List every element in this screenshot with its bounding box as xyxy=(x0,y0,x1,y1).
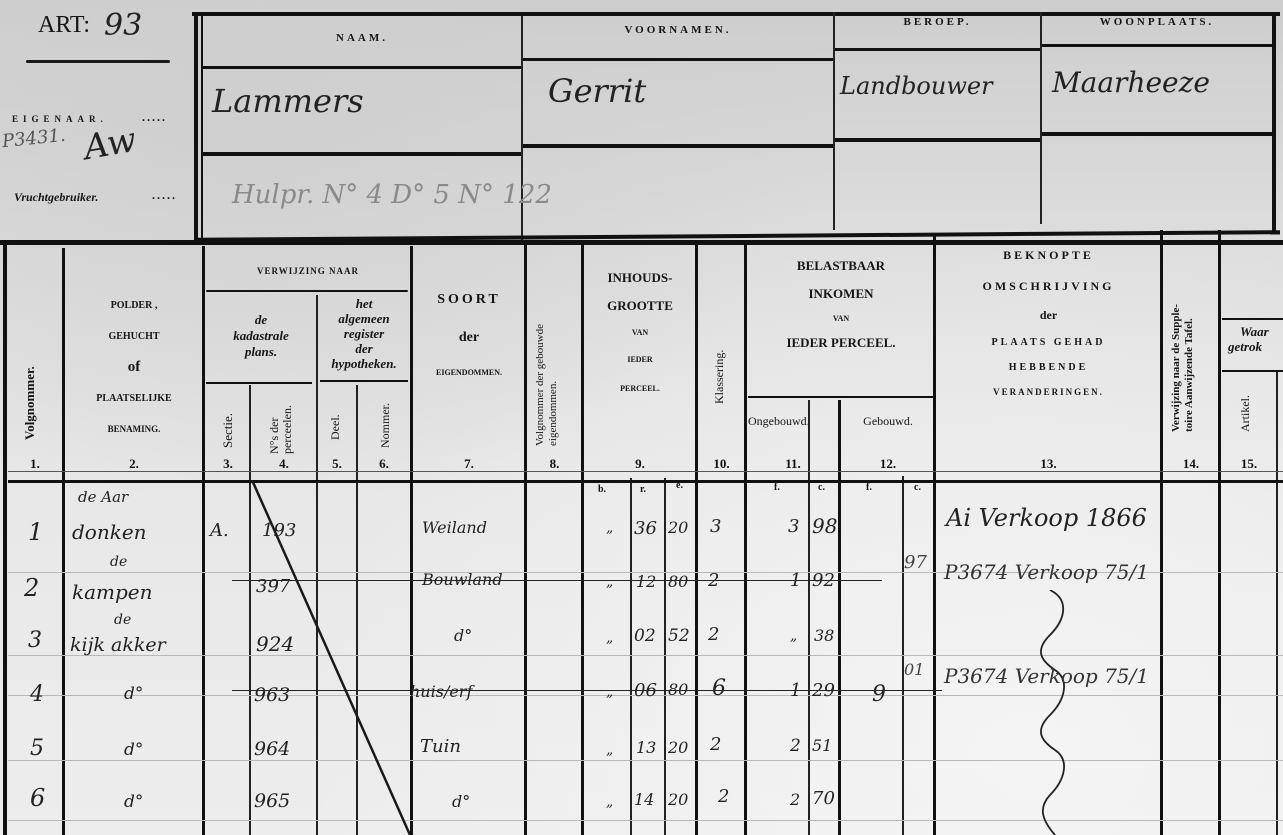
row5-soort: Tuin xyxy=(420,736,461,757)
row2-plaats-top: de xyxy=(110,554,127,570)
row6-plaats: d° xyxy=(124,792,143,812)
col2-line: GEHUCHT xyxy=(66,321,202,352)
divider xyxy=(835,48,1040,51)
row3-r: 02 xyxy=(634,626,656,646)
income-line: IEDER PERCEEL. xyxy=(748,335,934,351)
divider xyxy=(320,380,408,382)
col4-number: 4. xyxy=(252,456,316,472)
row4-soort: huis/erf xyxy=(410,682,472,701)
col-voornamen-header: VOORNAMEN. xyxy=(523,24,833,36)
divider xyxy=(203,152,521,156)
divider xyxy=(744,244,747,835)
col13-line: OMSCHRIJVING xyxy=(937,279,1160,294)
row4-e: 80 xyxy=(668,680,688,699)
row1-plaats-top: de Aar xyxy=(78,488,128,506)
row2-volgnummer: 2 xyxy=(24,574,39,602)
row5-plaats: d° xyxy=(124,740,143,760)
col14-number: 14. xyxy=(1164,456,1218,472)
col5-number: 5. xyxy=(318,456,356,472)
ruling-line xyxy=(8,655,1283,656)
row1-e: 20 xyxy=(668,518,688,537)
owner-label: EIGENAAR. xyxy=(12,114,108,124)
col13-line: BEKNOPTE xyxy=(937,248,1160,263)
kadastral-line: kadastrale xyxy=(206,328,316,344)
row6-klasse: 2 xyxy=(718,786,729,807)
row4-gebouwd-c: 01 xyxy=(904,660,924,679)
col-woonplaats-header: WOONPLAATS. xyxy=(1042,16,1272,28)
col8-header: Volgnommer der gebouwde eigendommen. xyxy=(534,324,560,446)
register-header-bottom-border xyxy=(8,480,1283,483)
col9-number: 9. xyxy=(585,456,695,472)
col14-line: Verwijzing naar de Supple- xyxy=(1170,304,1183,432)
divider xyxy=(695,244,698,835)
owner-table-left-border xyxy=(194,12,198,242)
owner-dots: ..... xyxy=(142,110,167,125)
row4-volgnummer: 4 xyxy=(30,682,44,707)
row5-ongebouwd-c: 51 xyxy=(812,736,832,755)
divider xyxy=(835,138,1040,142)
divider xyxy=(581,244,584,835)
income-line: BELASTBAAR xyxy=(748,258,934,274)
row2-soort: Bouwland xyxy=(422,570,503,589)
row3-perceel: 924 xyxy=(256,632,294,656)
owner-voornamen-value: Gerrit xyxy=(548,72,646,110)
col9-line: GROOTTE xyxy=(585,298,695,314)
row2-change-note: P3674 Verkoop 75/1 xyxy=(944,560,1149,584)
article-label: ART: xyxy=(38,12,90,39)
col9-line: VAN xyxy=(585,328,695,337)
row3-plaats-top: de xyxy=(114,612,131,628)
col3-header: Sectie. xyxy=(220,413,236,448)
col-beroep-header: BEROEP. xyxy=(835,16,1040,28)
owner-table-inner-border xyxy=(201,16,203,242)
row4-perceel: 963 xyxy=(254,684,290,706)
hypotheek-line: hypotheken. xyxy=(318,356,410,371)
col6-header: Nommer. xyxy=(378,403,393,448)
row3-plaats: kijk akker xyxy=(70,634,166,656)
col8-number: 8. xyxy=(528,456,581,472)
owner-mark: Aw xyxy=(81,120,139,168)
divider xyxy=(203,66,521,69)
col9-unit-e: e. xyxy=(676,480,683,491)
row1-perceel: 193 xyxy=(262,520,296,541)
article-underline xyxy=(26,60,170,63)
col12-header: Gebouwd. xyxy=(842,414,934,429)
row6-volgnummer: 6 xyxy=(30,784,45,812)
owner-naam-value: Lammers xyxy=(212,82,364,120)
hypotheek-group-header: het algemeen register der hypotheken. xyxy=(318,296,410,371)
row3-ongebouwd-f: „ xyxy=(790,628,797,644)
divider xyxy=(664,478,666,835)
divider xyxy=(206,382,312,384)
col13-number: 13. xyxy=(937,456,1160,472)
divider xyxy=(523,144,833,148)
row5-klasse: 2 xyxy=(710,734,721,755)
col13-line: VERANDERINGEN. xyxy=(937,387,1160,397)
col12-unit-c: c. xyxy=(914,482,921,493)
row5-r: 13 xyxy=(636,738,656,757)
col9-line: PERCEEL. xyxy=(585,384,695,393)
row4-ongebouwd-c: 29 xyxy=(812,680,835,701)
col12-number: 12. xyxy=(842,456,934,472)
col1-header: Volgnommer. xyxy=(22,366,38,440)
col2-line: PLAATSELIJKE xyxy=(66,383,202,414)
row1-klasse: 3 xyxy=(710,516,721,537)
col10-header: Klassering. xyxy=(712,350,727,404)
row1-plaats: donken xyxy=(72,520,147,544)
row1-ongebouwd-c: 98 xyxy=(812,514,837,538)
row2-perceel: 397 xyxy=(256,576,290,597)
col13-line: HEBBENDE xyxy=(937,362,1160,373)
col7-number: 7. xyxy=(414,456,524,472)
row6-r: 14 xyxy=(634,790,654,809)
kadastral-line: de xyxy=(206,312,316,328)
waar-line: getrok xyxy=(1228,339,1269,354)
col15-number: 15. xyxy=(1222,456,1276,472)
col2-number: 2. xyxy=(66,456,202,472)
col11-unit-c: c. xyxy=(818,482,825,493)
col6-number: 6. xyxy=(358,456,410,472)
row1-sectie: A. xyxy=(210,520,229,541)
row6-e: 20 xyxy=(668,790,688,809)
kadastral-group-header: de kadastrale plans. xyxy=(206,312,316,360)
col9-header: INHOUDS- GROOTTE VAN IEDER PERCEEL. xyxy=(585,270,695,393)
col13-header: BEKNOPTE OMSCHRIJVING der PLAATS GEHAD H… xyxy=(937,248,1160,397)
row3-klasse: 2 xyxy=(708,624,719,645)
divider xyxy=(1218,230,1221,835)
row2-plaats: kampen xyxy=(72,580,153,604)
row4-ongebouwd-f: 1 xyxy=(790,680,801,701)
col1-number: 1. xyxy=(8,456,62,472)
row5-ongebouwd-f: 2 xyxy=(790,736,801,756)
row3-e: 52 xyxy=(668,626,690,646)
divider xyxy=(833,12,835,230)
divider xyxy=(838,400,841,835)
col2-line: of xyxy=(66,352,202,383)
divider xyxy=(206,290,408,292)
row6-perceel: 965 xyxy=(254,790,290,812)
register-left-border xyxy=(3,240,7,835)
col9-unit-b: b. xyxy=(598,484,606,495)
row1-r: 36 xyxy=(634,518,657,539)
usufruct-note: Hulpr. N° 4 D° 5 N° 122 xyxy=(232,180,552,210)
col2-line: POLDER , xyxy=(66,290,202,321)
row6-b: „ xyxy=(606,794,613,810)
col7-line: der xyxy=(414,330,524,346)
col-naam-header: NAAM. xyxy=(203,32,521,44)
row2-b: „ xyxy=(606,574,613,590)
divider xyxy=(524,244,527,835)
row2-ongebouwd-c: 92 xyxy=(812,570,835,591)
col2-header: POLDER , GEHUCHT of PLAATSELIJKE BENAMIN… xyxy=(66,290,202,445)
row3-soort: d° xyxy=(454,626,472,645)
waar-line: Waar xyxy=(1240,324,1269,339)
col2-line: BENAMING. xyxy=(66,414,202,445)
col7-header: SOORT der EIGENDOMMEN. xyxy=(414,292,524,377)
owner-table-right-border xyxy=(1272,12,1276,232)
row4-plaats: d° xyxy=(124,684,143,704)
hypotheek-line: het xyxy=(318,296,410,311)
owner-woonplaats-value: Maarheeze xyxy=(1052,66,1210,99)
row2-e: 80 xyxy=(668,572,688,591)
row6-ongebouwd-c: 70 xyxy=(812,788,835,809)
divider xyxy=(1160,230,1163,835)
row2-gebouwd-c: 97 xyxy=(904,552,927,573)
usufructuary-label: Vruchtgebruiker. xyxy=(14,190,98,205)
hypotheek-line: register xyxy=(318,326,410,341)
kadastral-line: plans. xyxy=(206,344,316,360)
row3-ongebouwd-c: 38 xyxy=(814,626,834,645)
divider xyxy=(630,478,632,835)
row3-b: „ xyxy=(606,630,613,646)
col7-line: EIGENDOMMEN. xyxy=(414,368,524,377)
row4-r: 06 xyxy=(634,680,657,701)
register-page: ART: 93 EIGENAAR. ..... P3431. Aw Vrucht… xyxy=(0,0,1283,835)
row1-b: „ xyxy=(606,520,613,536)
divider xyxy=(1042,132,1272,136)
row1-volgnummer: 1 xyxy=(28,518,43,546)
col9-line: IEDER xyxy=(585,355,695,364)
col11-unit-f: f. xyxy=(774,482,780,493)
col9-unit-r: r. xyxy=(640,484,646,495)
row5-perceel: 964 xyxy=(254,738,290,760)
divider xyxy=(748,396,934,398)
row6-soort: d° xyxy=(452,792,470,811)
row2-ongebouwd-f: 1 xyxy=(790,570,801,591)
divider xyxy=(523,58,833,61)
col5-header: Deel. xyxy=(328,414,343,440)
divider xyxy=(1042,44,1272,47)
col14-line: toire Aanwijzende Tafel. xyxy=(1183,304,1196,432)
row6-ongebouwd-f: 2 xyxy=(790,790,800,809)
col14-header: Verwijzing naar de Supple- toire Aanwijz… xyxy=(1170,304,1196,432)
row5-volgnummer: 5 xyxy=(30,736,44,761)
article-number: 93 xyxy=(104,8,142,43)
col15-header: Artikel. xyxy=(1238,395,1253,432)
income-group-header: BELASTBAAR INKOMEN VAN IEDER PERCEEL. xyxy=(748,258,934,351)
hypotheek-line: der xyxy=(318,341,410,356)
row4-gebouwd-f: 9 xyxy=(872,682,886,707)
col7-line: SOORT xyxy=(414,292,524,308)
col11-header: Ongebouwd. xyxy=(748,414,808,429)
col8-line: eigendommen. xyxy=(547,324,560,446)
row1-ongebouwd-f: 3 xyxy=(788,516,799,537)
reference-group-header: VERWIJZING NAAR xyxy=(206,266,410,276)
wavy-brace xyxy=(1030,590,1080,835)
owner-beroep-value: Landbouwer xyxy=(840,72,993,100)
income-line: INKOMEN xyxy=(748,286,934,302)
row2-klasse: 2 xyxy=(708,570,719,591)
divider xyxy=(1222,318,1283,320)
col9-line: INHOUDS- xyxy=(585,270,695,286)
col4-header: N°s der perceelen. xyxy=(268,405,294,454)
divider xyxy=(62,248,65,835)
col4-line: perceelen. xyxy=(281,405,294,454)
col13-line: PLAATS GEHAD xyxy=(937,337,1160,348)
divider xyxy=(1276,370,1278,835)
col10-number: 10. xyxy=(699,456,744,472)
row1-change-note: Ai Verkoop 1866 xyxy=(946,504,1147,532)
ruling-line xyxy=(8,760,1283,761)
row4-change-note: P3674 Verkoop 75/1 xyxy=(944,664,1149,688)
col13-line: der xyxy=(937,308,1160,323)
col8-line: Volgnommer der gebouwde xyxy=(534,324,547,446)
col12-unit-f: f. xyxy=(866,482,872,493)
row1-soort: Weiland xyxy=(422,518,487,537)
col3-number: 3. xyxy=(206,456,250,472)
row3-volgnummer: 3 xyxy=(28,628,42,653)
divider xyxy=(1222,370,1283,372)
row5-b: „ xyxy=(606,742,613,758)
hypotheek-line: algemeen xyxy=(318,311,410,326)
col11-number: 11. xyxy=(748,456,838,472)
row2-r: 12 xyxy=(636,572,656,591)
waar-group-header: Waar getrok xyxy=(1240,324,1269,354)
usufructuary-dots: ..... xyxy=(152,188,177,203)
owner-note: P3431. xyxy=(1,125,67,153)
row4-b: „ xyxy=(606,684,613,700)
ruling-line xyxy=(8,820,1283,821)
row4-klasse: 6 xyxy=(712,676,726,701)
row5-e: 20 xyxy=(668,738,688,757)
divider xyxy=(202,246,205,835)
register-top-border xyxy=(0,240,1283,245)
income-line: VAN xyxy=(748,314,934,323)
